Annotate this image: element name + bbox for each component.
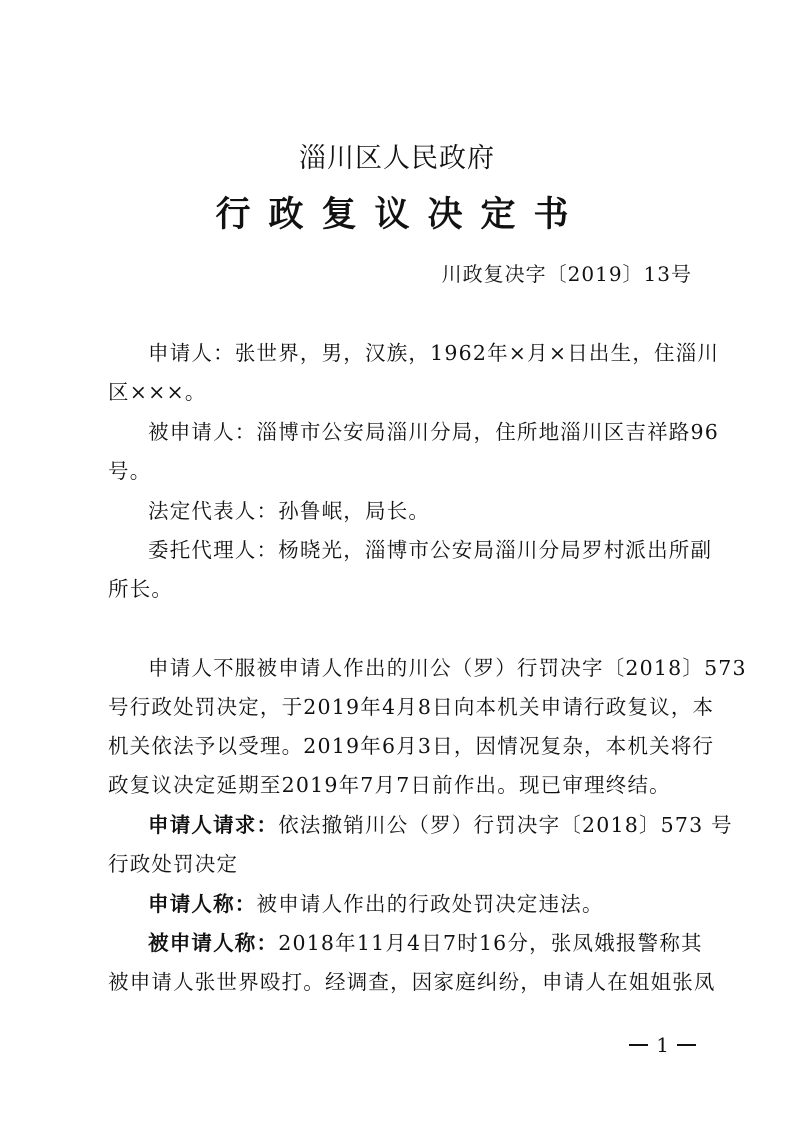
- intro-line-2: 号行政处罚决定，于2019年4月8日向本机关申请行政复议，本: [108, 692, 694, 722]
- applicant-claims-line: 申请人称：被申请人作出的行政处罚决定违法。: [148, 889, 694, 919]
- respondent-line-1: 被申请人：淄博市公安局淄川分局，住所地淄川区吉祥路96: [148, 417, 694, 447]
- page-number-value: 1: [656, 1031, 669, 1059]
- applicant-claims-label: 申请人称：: [148, 892, 257, 916]
- respondent-claims-line-2: 被申请人张世界殴打。经调查，因家庭纠纷，申请人在姐姐张凤: [108, 967, 694, 997]
- agent-line-2: 所长。: [108, 574, 694, 604]
- legal-representative-line: 法定代表人：孙鲁岷，局长。: [148, 496, 694, 526]
- agent-text: 杨晓光，淄博市公安局淄川分局罗村派出所副: [278, 538, 712, 562]
- page-number: 1: [629, 1031, 696, 1059]
- applicant-request-text: 依法撤销川公（罗）行罚决字〔2018〕573 号: [278, 813, 733, 837]
- respondent-text: 淄博市公安局淄川分局，住所地淄川区吉祥路96: [257, 420, 719, 444]
- applicant-request-line-2: 行政处罚决定: [108, 849, 694, 879]
- organization-title: 淄川区人民政府: [0, 141, 794, 177]
- dash-right-icon: [677, 1044, 696, 1046]
- respondent-claims-label: 被申请人称：: [148, 931, 278, 955]
- agent-line-1: 委托代理人：杨晓光，淄博市公安局淄川分局罗村派出所副: [148, 535, 694, 565]
- intro-line-1: 申请人不服被申请人作出的川公（罗）行罚决字〔2018〕573: [148, 653, 694, 683]
- intro-line-3: 机关依法予以受理。2019年6月3日，因情况复杂，本机关将行: [108, 731, 694, 761]
- applicant-text: 张世界，男，汉族，1962年×月×日出生，住淄川: [235, 341, 719, 365]
- applicant-line-2: 区×××。: [108, 377, 694, 407]
- dash-left-icon: [629, 1044, 648, 1046]
- intro-line-4: 政复议决定延期至2019年7月7日前作出。现已审理终结。: [108, 770, 694, 800]
- document-page: 淄川区人民政府 行政复议决定书 川政复决字〔2019〕13号 申请人：张世界，男…: [0, 0, 794, 1123]
- applicant-claims-text: 被申请人作出的行政处罚决定违法。: [257, 892, 604, 916]
- applicant-label: 申请人：: [148, 341, 235, 365]
- respondent-label: 被申请人：: [148, 420, 257, 444]
- document-title: 行政复议决定书: [0, 193, 794, 237]
- applicant-line-1: 申请人：张世界，男，汉族，1962年×月×日出生，住淄川: [148, 338, 694, 368]
- document-number: 川政复决字〔2019〕13号: [442, 259, 692, 289]
- legal-representative-text: 孙鲁岷，局长。: [278, 499, 430, 523]
- legal-representative-label: 法定代表人：: [148, 499, 278, 523]
- agent-label: 委托代理人：: [148, 538, 278, 562]
- respondent-claims-line-1: 被申请人称：2018年11月4日7时16分，张凤娥报警称其: [148, 928, 694, 958]
- respondent-claims-text: 2018年11月4日7时16分，张凤娥报警称其: [278, 931, 703, 955]
- applicant-request-line-1: 申请人请求：依法撤销川公（罗）行罚决字〔2018〕573 号: [148, 810, 694, 840]
- respondent-line-2: 号。: [108, 456, 694, 486]
- applicant-request-label: 申请人请求：: [148, 813, 278, 837]
